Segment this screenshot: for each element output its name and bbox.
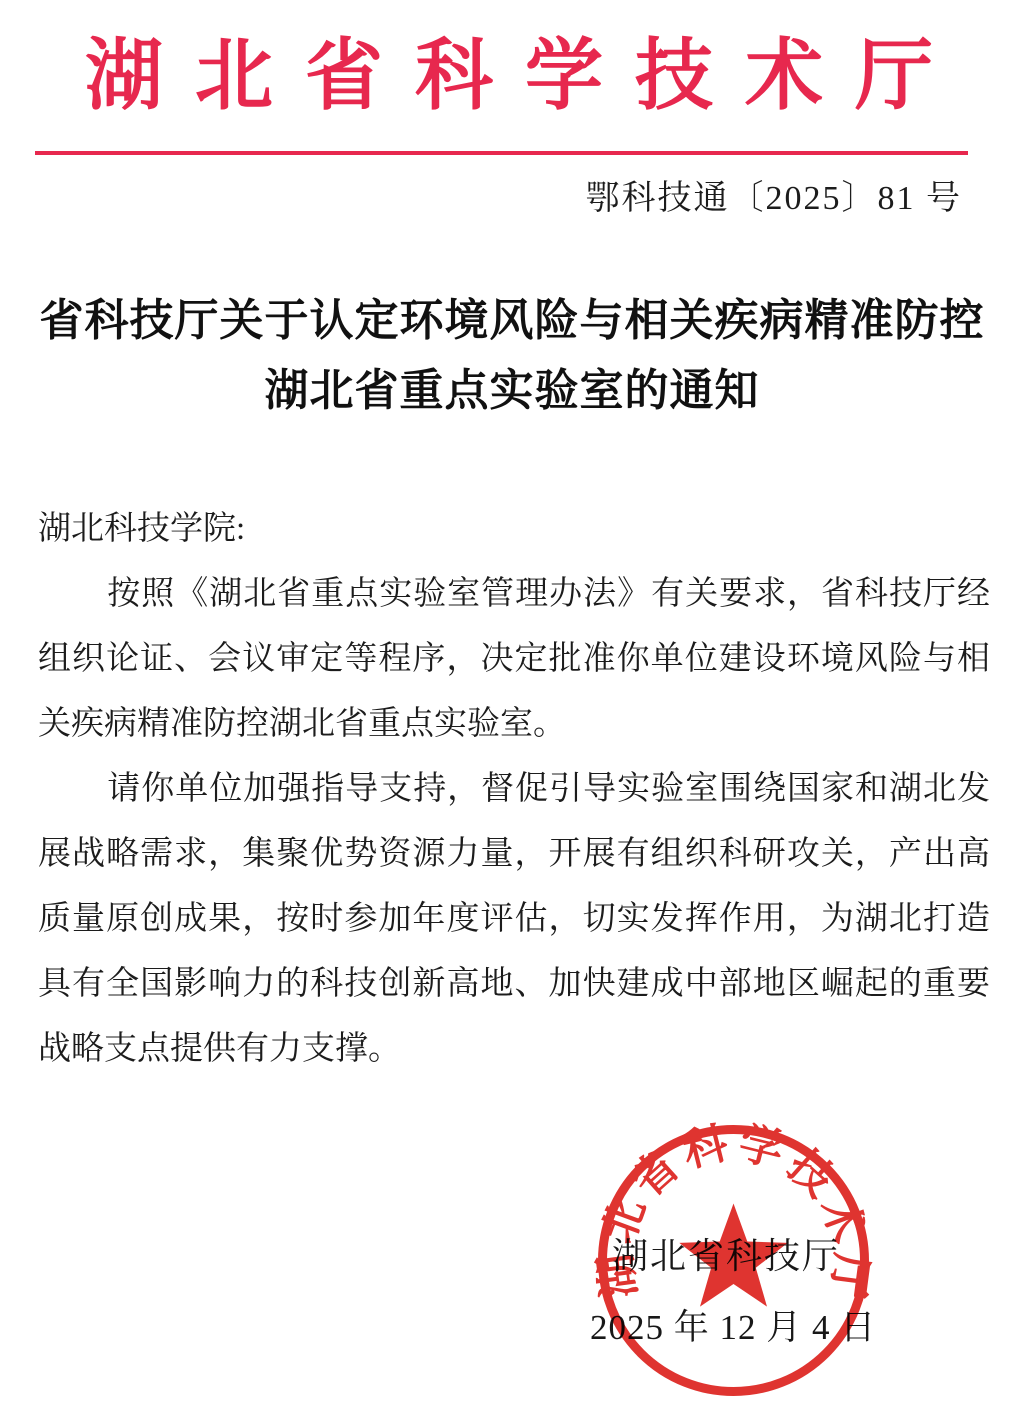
paragraph2-line4: 具有全国影响力的科技创新高地、加快建成中部地区崛起的重要: [38, 952, 990, 1017]
notice-title: 省科技厅关于认定环境风险与相关疾病精准防控 湖北省重点实验室的通知: [20, 286, 1004, 426]
paragraph2-line3: 质量原创成果，按时参加年度评估，切实发挥作用，为湖北打造: [38, 887, 990, 952]
letterhead-divider-rule: [35, 151, 968, 155]
seal-star-icon: [679, 1204, 787, 1307]
notice-title-line1: 省科技厅关于认定环境风险与相关疾病精准防控: [20, 286, 1004, 356]
paragraph1-line3: 关疾病精准防控湖北省重点实验室。: [38, 692, 990, 757]
official-notice-page: 湖北省科学技术厅 鄂科技通〔2025〕81 号 省科技厅关于认定环境风险与相关疾…: [0, 0, 1024, 1413]
paragraph1-line2: 组织论证、会议审定等程序，决定批准你单位建设环境风险与相: [38, 627, 990, 692]
document-number: 鄂科技通〔2025〕81 号: [586, 170, 963, 219]
official-red-seal: 湖北省科学技术厅: [591, 1118, 876, 1403]
paragraph1-line1: 按照《湖北省重点实验室管理办法》有关要求，省科技厅经: [38, 562, 990, 627]
notice-body: 湖北科技学院: 按照《湖北省重点实验室管理办法》有关要求，省科技厅经 组织论证、…: [38, 497, 990, 1082]
paragraph2-line1: 请你单位加强指导支持，督促引导实验室围绕国家和湖北发: [38, 757, 990, 822]
paragraph2-line5: 战略支点提供有力支撑。: [38, 1017, 990, 1082]
notice-title-line2: 湖北省重点实验室的通知: [20, 356, 1004, 426]
salutation: 湖北科技学院:: [38, 497, 990, 562]
letterhead-agency-title: 湖北省科学技术厅: [0, 30, 1024, 122]
paragraph2-line2: 展战略需求，集聚优势资源力量，开展有组织科研攻关，产出高: [38, 822, 990, 887]
